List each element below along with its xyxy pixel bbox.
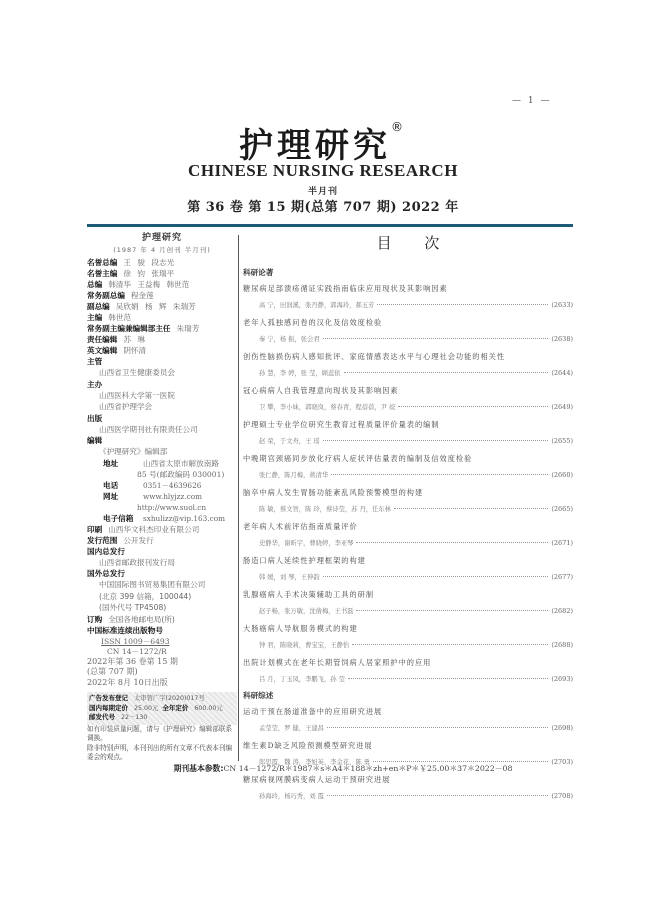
printer-label: 印刷	[87, 524, 102, 535]
staff-row: 主编韩世范	[87, 312, 237, 323]
disclaimer-note: 除非特别声明，本刊刊出的所有文章不代表本刊编委会的观点。	[87, 744, 237, 763]
printer-row: 印刷山西华文科杰印业有限公司	[87, 524, 237, 535]
entry-authors-row: 孙海玲，杨巧秀，刘 霞(2708)	[243, 788, 573, 805]
sponsor: 山西省护理学会	[87, 401, 237, 413]
serial-label-row: 中国标准连续出版物号	[87, 625, 237, 636]
staff-role: 常务副主编兼编辑部主任	[87, 323, 171, 334]
registered-mark: ®	[391, 120, 407, 134]
postal-code-label: 邮发代号	[89, 713, 115, 721]
staff-names: 王 骏 段志光	[123, 257, 174, 268]
entry-title[interactable]: 出院计划模式在老年长期管饲病人居家照护中的应用	[243, 654, 573, 671]
entry-authors: 韩 媛，刘 琴，王伸韵	[259, 569, 320, 586]
foreign-dist-box: (北京 399 信箱，100044)	[87, 591, 237, 603]
toc-entry[interactable]: 创伤性脑损伤病人感知批评、家庭情感表达水平与心理社会功能的相关性 孙 慧，李 婷…	[243, 348, 573, 382]
issn: ISSN 1009－6493	[87, 636, 237, 647]
journal-title-cn: 护理研究	[239, 126, 391, 166]
toc-entry[interactable]: 冠心病病人自我管理意向现状及其影响因素 卫 攀，李小妹，郭晓岚，蔡春青，程蓓蓓，…	[243, 382, 573, 416]
leader-dots	[348, 678, 549, 679]
colophon: 护理研究 (1987 年 4 月创刊 半月刊) 名誉总编王 骏 段志光 名誉主编…	[87, 230, 237, 763]
entry-title[interactable]: 肠造口病人延续性护理框架的构建	[243, 552, 573, 569]
entry-page[interactable]: (2698)	[551, 720, 573, 737]
publisher-label: 出版	[87, 413, 102, 424]
entry-authors-row: 史静华，谢昕宇，曹晓婷，李亚琴(2671)	[243, 535, 573, 552]
entry-title[interactable]: 老年人孤独感问卷的汉化及信效度检验	[243, 314, 573, 331]
website-row: 网址www.hlyjzz.com	[87, 491, 237, 502]
staff-names: 韩世范	[108, 312, 131, 323]
staff-row: 名誉总编王 骏 段志光	[87, 257, 237, 268]
entry-authors-row: 陈 敏，蔡文智，陈 玲，蔡诗莹，苏 丹，任东林(2665)	[243, 501, 573, 518]
toc-entry[interactable]: 出院计划模式在老年长期管饲病人居家照护中的应用 吕 月，丁玉凤，李鹏飞，孙 莹(…	[243, 654, 573, 688]
entry-title[interactable]: 老年病人术前评估指南质量评价	[243, 518, 573, 535]
distribution-scope-row: 发行范围公开发行	[87, 535, 237, 546]
toc-entry[interactable]: 肠造口病人延续性护理框架的构建 韩 媛，刘 琴，王伸韵(2677)	[243, 552, 573, 586]
staff-names: 程金莲	[131, 290, 154, 301]
entry-authors: 高 宁，田润溪，张丹静，郭海玲，郝玉芳	[259, 297, 374, 314]
entry-page[interactable]: (2665)	[551, 501, 573, 518]
leader-dots	[327, 727, 548, 728]
entry-authors-row: 吕 月，丁玉凤，李鹏飞，孙 莹(2693)	[243, 671, 573, 688]
staff-list: 名誉总编王 骏 段志光 名誉主编徐 钧 张瑞平 总编韩清华 王益梅 韩世范 常务…	[87, 257, 237, 356]
entry-authors-row: 韩 媛，刘 琴，王伸韵(2677)	[243, 569, 573, 586]
entry-authors: 孙 慧，李 婷，张 莹，顾蕊依	[259, 365, 341, 382]
leader-dots	[356, 542, 548, 543]
distribution-scope: 公开发行	[123, 535, 153, 546]
entry-page[interactable]: (2638)	[551, 331, 573, 348]
website-link-2[interactable]: http://www.suol.cn	[87, 502, 237, 513]
entry-authors-row: 孟莹莹，罗 健，王建昌(2698)	[243, 720, 573, 737]
journal-title-en: CHINESE NURSING RESEARCH	[0, 161, 646, 181]
website-label: 网址	[103, 491, 137, 502]
page-number: — 1 —	[512, 96, 551, 106]
leader-dots	[327, 795, 548, 796]
entry-page[interactable]: (2655)	[551, 433, 573, 450]
staff-row: 常务副主编兼编辑部主任朱瑞芳	[87, 323, 237, 334]
staff-role: 总编	[87, 279, 102, 290]
editor-label-row: 编辑	[87, 435, 237, 446]
entry-page[interactable]: (2644)	[551, 365, 573, 382]
toc-section-title: 科研综述	[243, 690, 573, 701]
staff-role: 名誉主编	[87, 268, 117, 279]
entry-page[interactable]: (2660)	[551, 467, 573, 484]
entry-authors: 孙海玲，杨巧秀，刘 霞	[259, 788, 324, 805]
domestic-dist: 山西省邮政报刊发行局	[87, 557, 237, 569]
publisher-label-row: 出版	[87, 413, 237, 424]
entry-authors: 张仁静，陈月梅，蒋清华	[259, 467, 328, 484]
ad-reg-row: 广告发布登记太审管广字(2020)017号	[89, 694, 235, 704]
staff-names: 徐 钧 张瑞平	[123, 268, 174, 279]
colophon-founded: (1987 年 4 月创刊 半月刊)	[87, 245, 237, 254]
entry-page[interactable]: (2671)	[551, 535, 573, 552]
entry-authors-row: 张仁静，陈月梅，蒋清华(2660)	[243, 467, 573, 484]
serial-label: 中国标准连续出版物号	[87, 625, 163, 636]
pub-date: 2022年 8月 10日出版	[87, 678, 237, 689]
entry-authors: 赵 荣，于文舟，王 瑶	[259, 433, 320, 450]
publisher: 山西医学期刊社有限责任公司	[87, 424, 237, 436]
toc-entry[interactable]: 老年人孤独感问卷的汉化及信效度检验 秦 宁，杨 振，张会君(2638)	[243, 314, 573, 348]
staff-row: 常务副总编程金莲	[87, 290, 237, 301]
staff-row: 名誉主编徐 钧 张瑞平	[87, 268, 237, 279]
toc-entry[interactable]: 运动干预在肠道准备中的应用研究进展 孟莹莹，罗 健，王建昌(2698)	[243, 703, 573, 737]
toc-entry[interactable]: 大肠癌病人导航服务模式的构建 钟 君，陈晓莉，曹宝宝，王静怡(2688)	[243, 620, 573, 654]
journal-title: 护理研究®	[0, 118, 646, 167]
parameters-value: CN 14－1272/R＊1987＊s＊A4＊188＊zh+en＊P＊￥25.0…	[223, 764, 512, 773]
entry-authors: 秦 宁，杨 振，张会君	[259, 331, 320, 348]
entry-authors-row: 赵 荣，于文舟，王 瑶(2655)	[243, 433, 573, 450]
foreign-dist-label: 国外总发行	[87, 568, 125, 579]
entry-authors: 吕 月，丁玉凤，李鹏飞，孙 莹	[259, 671, 345, 688]
ad-reg-label: 广告发布登记	[89, 694, 128, 702]
phone-row: 电话0351－4639626	[87, 480, 237, 491]
email-label: 电子信箱	[103, 513, 137, 524]
entry-authors: 赵子畅，张万敏，沈倩梅，王书磊	[259, 603, 353, 620]
foreign-code: (国外代号 TP4508)	[87, 602, 237, 614]
email-link[interactable]: sxhulizz@vip.163.com	[143, 513, 225, 524]
entry-authors: 孟莹莹，罗 健，王建昌	[259, 720, 324, 737]
editor-label: 编辑	[87, 435, 102, 446]
entry-title[interactable]: 运动干预在肠道准备中的应用研究进展	[243, 703, 573, 720]
leader-dots	[356, 610, 548, 611]
staff-row: 责任编辑苏 琳	[87, 334, 237, 345]
parameters-label: 期刊基本参数:	[174, 764, 224, 773]
leader-dots	[377, 304, 548, 305]
leader-dots	[323, 338, 549, 339]
entry-title[interactable]: 糖尿病足部溃疡循证实践指南临床应用现状及其影响因素	[243, 280, 573, 297]
entry-page[interactable]: (2682)	[551, 603, 573, 620]
entry-title[interactable]: 冠心病病人自我管理意向现状及其影响因素	[243, 382, 573, 399]
phone-label: 电话	[103, 480, 137, 491]
toc-section-title: 科研论著	[243, 267, 573, 278]
staff-row: 副总编吴欣娟 杨 辉 朱瑞芳	[87, 301, 237, 312]
distribution-scope-label: 发行范围	[87, 535, 117, 546]
entry-authors: 史静华，谢昕宇，曹晓婷，李亚琴	[259, 535, 353, 552]
toc-entry[interactable]: 糖尿病足部溃疡循证实践指南临床应用现状及其影响因素 高 宁，田润溪，张丹静，郭海…	[243, 280, 573, 314]
price-label: 国内每期定价	[89, 704, 128, 712]
pub-total: (总第 707 期)	[87, 667, 237, 678]
staff-role: 责任编辑	[87, 334, 117, 345]
leader-dots	[352, 644, 548, 645]
leader-dots	[344, 372, 549, 373]
quality-note: 如有印装质量问题，请与《护理研究》编辑部联系调换。	[87, 725, 237, 744]
subscribe-label: 订购	[87, 614, 102, 625]
address-line1: 山西省太原市解放南路	[143, 458, 219, 469]
postal-code: 22－130	[121, 714, 147, 721]
annual-price-label: 全年定价	[162, 704, 188, 712]
entry-title[interactable]: 维生素D缺乏风险预测模型研究进展	[243, 737, 573, 754]
subscribe-row: 订购全国各地邮电局(所)	[87, 614, 237, 625]
entry-authors-row: 高 宁，田润溪，张丹静，郭海玲，郝玉芳(2633)	[243, 297, 573, 314]
staff-role: 主编	[87, 312, 102, 323]
entry-title[interactable]: 护理硕士专业学位研究生教育过程质量评价量表的编制	[243, 416, 573, 433]
entry-title[interactable]: 创伤性脑损伤病人感知批评、家庭情感表达水平与心理社会功能的相关性	[243, 348, 573, 365]
staff-role: 副总编	[87, 301, 110, 312]
colophon-journal-name: 护理研究	[87, 230, 237, 243]
issue-line: 第 36 卷 第 15 期(总第 707 期) 2022 年	[0, 196, 646, 215]
entry-page[interactable]: (2693)	[551, 671, 573, 688]
entry-authors: 陈 敏，蔡文智，陈 玲，蔡诗莹，苏 丹，任东林	[259, 501, 391, 518]
leader-dots	[373, 761, 548, 762]
price-box: 广告发布登记太审管广字(2020)017号 国内每期定价25.00元 全年定价6…	[87, 692, 237, 725]
price-row: 国内每期定价25.00元 全年定价600.00元	[89, 704, 235, 714]
staff-role: 名誉总编	[87, 257, 117, 268]
leader-dots	[331, 474, 548, 475]
entry-authors-row: 卫 攀，李小妹，郭晓岚，蔡春青，程蓓蓓，尹 姣(2649)	[243, 399, 573, 416]
header-rule	[87, 224, 573, 227]
entry-authors: 卫 攀，李小妹，郭晓岚，蔡春青，程蓓蓓，尹 姣	[259, 399, 395, 416]
supervisor: 山西省卫生健康委员会	[87, 367, 237, 379]
leader-dots	[398, 406, 548, 407]
foreign-dist: 中国国际图书贸易集团有限公司	[87, 579, 237, 591]
entry-page[interactable]: (2649)	[551, 399, 573, 416]
leader-dots	[394, 508, 548, 509]
staff-names: 韩清华 王益梅 韩世范	[108, 279, 189, 290]
toc-title: 目 次	[257, 232, 573, 253]
website-link[interactable]: www.hlyjzz.com	[143, 491, 202, 502]
entry-title[interactable]: 脑卒中病人发生胃肠功能紊乱风险预警模型的构建	[243, 484, 573, 501]
staff-role: 英文编辑	[87, 345, 117, 356]
entry-authors-row: 钟 君，陈晓莉，曹宝宝，王静怡(2688)	[243, 637, 573, 654]
toc-entry[interactable]: 老年病人术前评估指南质量评价 史静华，谢昕宇，曹晓婷，李亚琴(2671)	[243, 518, 573, 552]
staff-names: 朱瑞芳	[177, 323, 200, 334]
leader-dots	[323, 576, 549, 577]
entry-title[interactable]: 中晚期宫颈癌同步放化疗病人症状评估量表的编制及信效度检验	[243, 450, 573, 467]
toc-entry[interactable]: 脑卒中病人发生胃肠功能紊乱风险预警模型的构建 陈 敏，蔡文智，陈 玲，蔡诗莹，苏…	[243, 484, 573, 518]
supervisor-label-row: 主管	[87, 356, 237, 367]
ad-reg: 太审管广字(2020)017号	[134, 695, 205, 702]
entry-authors-row: 秦 宁，杨 振，张会君(2638)	[243, 331, 573, 348]
pub-issue: 2022年第 36 卷第 15 期	[87, 657, 237, 668]
sponsor-label-row: 主办	[87, 379, 237, 390]
toc-entry[interactable]: 中晚期宫颈癌同步放化疗病人症状评估量表的编制及信效度检验 张仁静，陈月梅，蒋清华…	[243, 450, 573, 484]
subscribe: 全国各地邮电局(所)	[108, 614, 175, 625]
entry-authors-row: 赵子畅，张万敏，沈倩梅，王书磊(2682)	[243, 603, 573, 620]
sponsor-label: 主办	[87, 379, 102, 390]
email-row: 电子信箱sxhulizz@vip.163.com	[87, 513, 237, 524]
address-line2: 85 号(邮政编码 030001)	[87, 469, 237, 480]
entry-authors: 钟 君，陈晓莉，曹宝宝，王静怡	[259, 637, 349, 654]
domestic-dist-label: 国内总发行	[87, 546, 125, 557]
journal-parameters: 期刊基本参数:CN 14－1272/R＊1987＊s＊A4＊188＊zh+en＊…	[0, 763, 646, 774]
toc-entry[interactable]: 糖尿病视网膜病变病人运动干预研究进展 孙海玲，杨巧秀，刘 霞(2708)	[243, 771, 573, 805]
entry-page[interactable]: (2708)	[551, 788, 573, 805]
postal-code-row: 邮发代号22－130	[89, 713, 235, 723]
entry-authors-row: 孙 慧，李 婷，张 莹，顾蕊依(2644)	[243, 365, 573, 382]
entry-title[interactable]: 大肠癌病人导航服务模式的构建	[243, 620, 573, 637]
sponsor: 山西医科大学第一医院	[87, 390, 237, 402]
address-label: 地址	[103, 458, 137, 469]
staff-role: 常务副总编	[87, 290, 125, 301]
phone: 0351－4639626	[143, 480, 201, 491]
column-divider	[238, 235, 239, 761]
toc-entry[interactable]: 护理硕士专业学位研究生教育过程质量评价量表的编制 赵 荣，于文舟，王 瑶(265…	[243, 416, 573, 450]
foreign-dist-label-row: 国外总发行	[87, 568, 237, 579]
entry-page[interactable]: (2688)	[551, 637, 573, 654]
staff-row: 英文编辑阴怀清	[87, 345, 237, 356]
cn-number: CN 14－1272/R	[87, 647, 237, 657]
annual-price: 600.00元	[194, 705, 222, 712]
staff-names: 苏 琳	[123, 334, 145, 345]
staff-names: 阴怀清	[123, 345, 146, 356]
staff-names: 吴欣娟 杨 辉 朱瑞芳	[116, 301, 196, 312]
address-row: 地址山西省太原市解放南路	[87, 458, 237, 469]
leader-dots	[323, 440, 549, 441]
entry-title[interactable]: 乳腺癌病人手术决策辅助工具的研制	[243, 586, 573, 603]
entry-page[interactable]: (2633)	[551, 297, 573, 314]
supervisor-label: 主管	[87, 356, 102, 367]
staff-row: 总编韩清华 王益梅 韩世范	[87, 279, 237, 290]
editor: 《护理研究》编辑部	[87, 446, 237, 458]
entry-page[interactable]: (2677)	[551, 569, 573, 586]
domestic-dist-label-row: 国内总发行	[87, 546, 237, 557]
toc-entry[interactable]: 乳腺癌病人手术决策辅助工具的研制 赵子畅，张万敏，沈倩梅，王书磊(2682)	[243, 586, 573, 620]
price: 25.00元	[134, 705, 158, 712]
table-of-contents: 目 次 科研论著 糖尿病足部溃疡循证实践指南临床应用现状及其影响因素 高 宁，田…	[243, 230, 573, 805]
printer: 山西华文科杰印业有限公司	[108, 524, 199, 535]
